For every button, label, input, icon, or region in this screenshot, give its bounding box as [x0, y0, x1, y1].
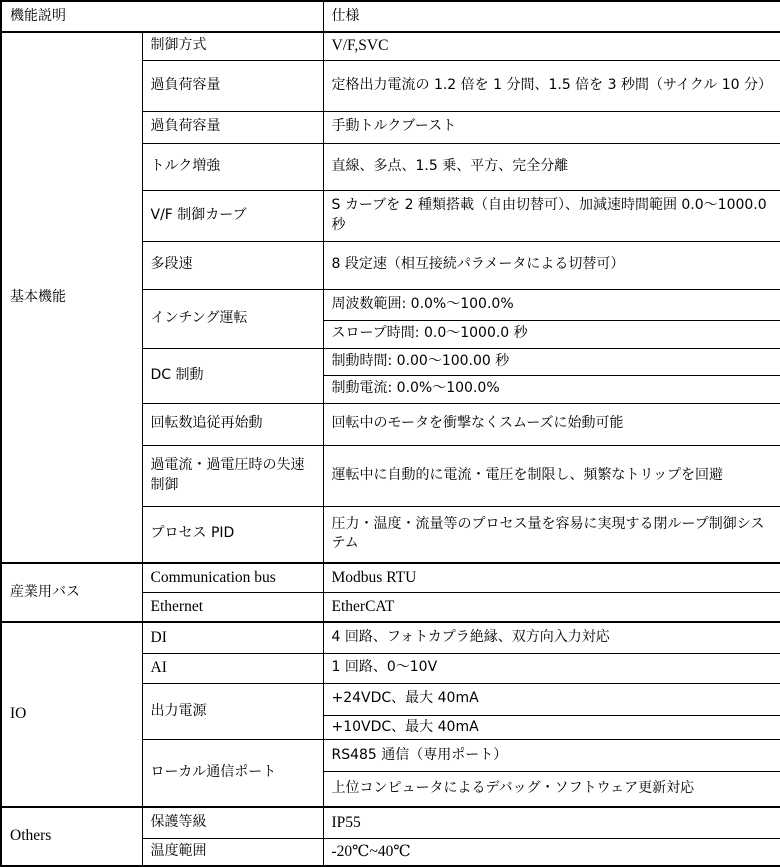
feature-label: DI: [142, 622, 323, 653]
spec-value: 直線、多点、1.5 乗、平方、完全分離: [323, 143, 780, 190]
feature-label: AI: [142, 653, 323, 683]
table-row: 基本機能 制御方式 V/F,SVC: [1, 32, 780, 60]
feature-label: インチング運転: [142, 289, 323, 348]
feature-label: Communication bus: [142, 563, 323, 592]
spec-value: 圧力・温度・流量等のプロセス量を容易に実現する閉ループ制御システム: [323, 506, 780, 563]
table-row: Others 保護等級 IP55: [1, 807, 780, 839]
table-row: IO DI 4 回路、フォトカプラ絶縁、双方向入力対応: [1, 622, 780, 653]
spec-value: 周波数範囲: 0.0%～100.0%: [323, 289, 780, 320]
feature-label: 多段速: [142, 241, 323, 289]
spec-value: 制動電流: 0.0%～100.0%: [323, 375, 780, 403]
document-page: 機能説明 仕様 基本機能 制御方式 V/F,SVC 過負荷容量 定格出力電流の …: [0, 0, 780, 865]
spec-value: 1 回路、0～10V: [323, 653, 780, 683]
feature-label: 過電流・過電圧時の失速制御: [142, 445, 323, 506]
spec-value: 運転中に自動的に電流・電圧を制限し、頻繁なトリップを回避: [323, 445, 780, 506]
feature-label: プロセス PID: [142, 506, 323, 563]
section-label-io: IO: [1, 622, 142, 807]
section-label-bus: 産業用バス: [1, 563, 142, 622]
spec-value: 定格出力電流の 1.2 倍を 1 分間、1.5 倍を 3 秒間（サイクル 10 …: [323, 60, 780, 111]
feature-label: 過負荷容量: [142, 111, 323, 143]
section-label-basic: 基本機能: [1, 32, 142, 563]
spec-value: EtherCAT: [323, 592, 780, 622]
spec-value: 4 回路、フォトカプラ絶縁、双方向入力対応: [323, 622, 780, 653]
feature-label: ローカル通信ポート: [142, 740, 323, 807]
spec-table: 機能説明 仕様 基本機能 制御方式 V/F,SVC 過負荷容量 定格出力電流の …: [0, 0, 780, 867]
spec-value: スロープ時間: 0.0～1000.0 秒: [323, 320, 780, 348]
feature-label: 制御方式: [142, 32, 323, 60]
spec-value: 制動時間: 0.00～100.00 秒: [323, 348, 780, 375]
spec-value: RS485 通信（専用ポート）: [323, 740, 780, 772]
feature-label: 回転数追従再始動: [142, 403, 323, 445]
header-function-cell: 機能説明: [1, 1, 323, 32]
header-spec-cell: 仕様: [323, 1, 780, 32]
spec-value: 上位コンピュータによるデバッグ・ソフトウェア更新対応: [323, 772, 780, 807]
spec-value: 8 段定速（相互接続パラメータによる切替可）: [323, 241, 780, 289]
feature-label: トルク増強: [142, 143, 323, 190]
feature-label: V/F 制御カーブ: [142, 190, 323, 241]
feature-label: 保護等級: [142, 807, 323, 839]
spec-value: S カーブを 2 種類搭載（自由切替可）、加減速時間範囲 0.0～1000.0 …: [323, 190, 780, 241]
feature-label: 温度範囲: [142, 839, 323, 866]
feature-label: Ethernet: [142, 592, 323, 622]
spec-value: 回転中のモータを衝撃なくスムーズに始動可能: [323, 403, 780, 445]
spec-value: -20℃~40℃: [323, 839, 780, 866]
feature-label: 過負荷容量: [142, 60, 323, 111]
spec-value: V/F,SVC: [323, 32, 780, 60]
spec-value: +24VDC、最大 40mA: [323, 683, 780, 715]
spec-value: IP55: [323, 807, 780, 839]
feature-label: DC 制動: [142, 348, 323, 403]
section-label-others: Others: [1, 807, 142, 866]
spec-value: Modbus RTU: [323, 563, 780, 592]
spec-value: 手動トルクブースト: [323, 111, 780, 143]
spec-value: +10VDC、最大 40mA: [323, 715, 780, 740]
feature-label: 出力電源: [142, 683, 323, 740]
header-row: 機能説明 仕様: [1, 1, 780, 32]
table-row: 産業用バス Communication bus Modbus RTU: [1, 563, 780, 592]
